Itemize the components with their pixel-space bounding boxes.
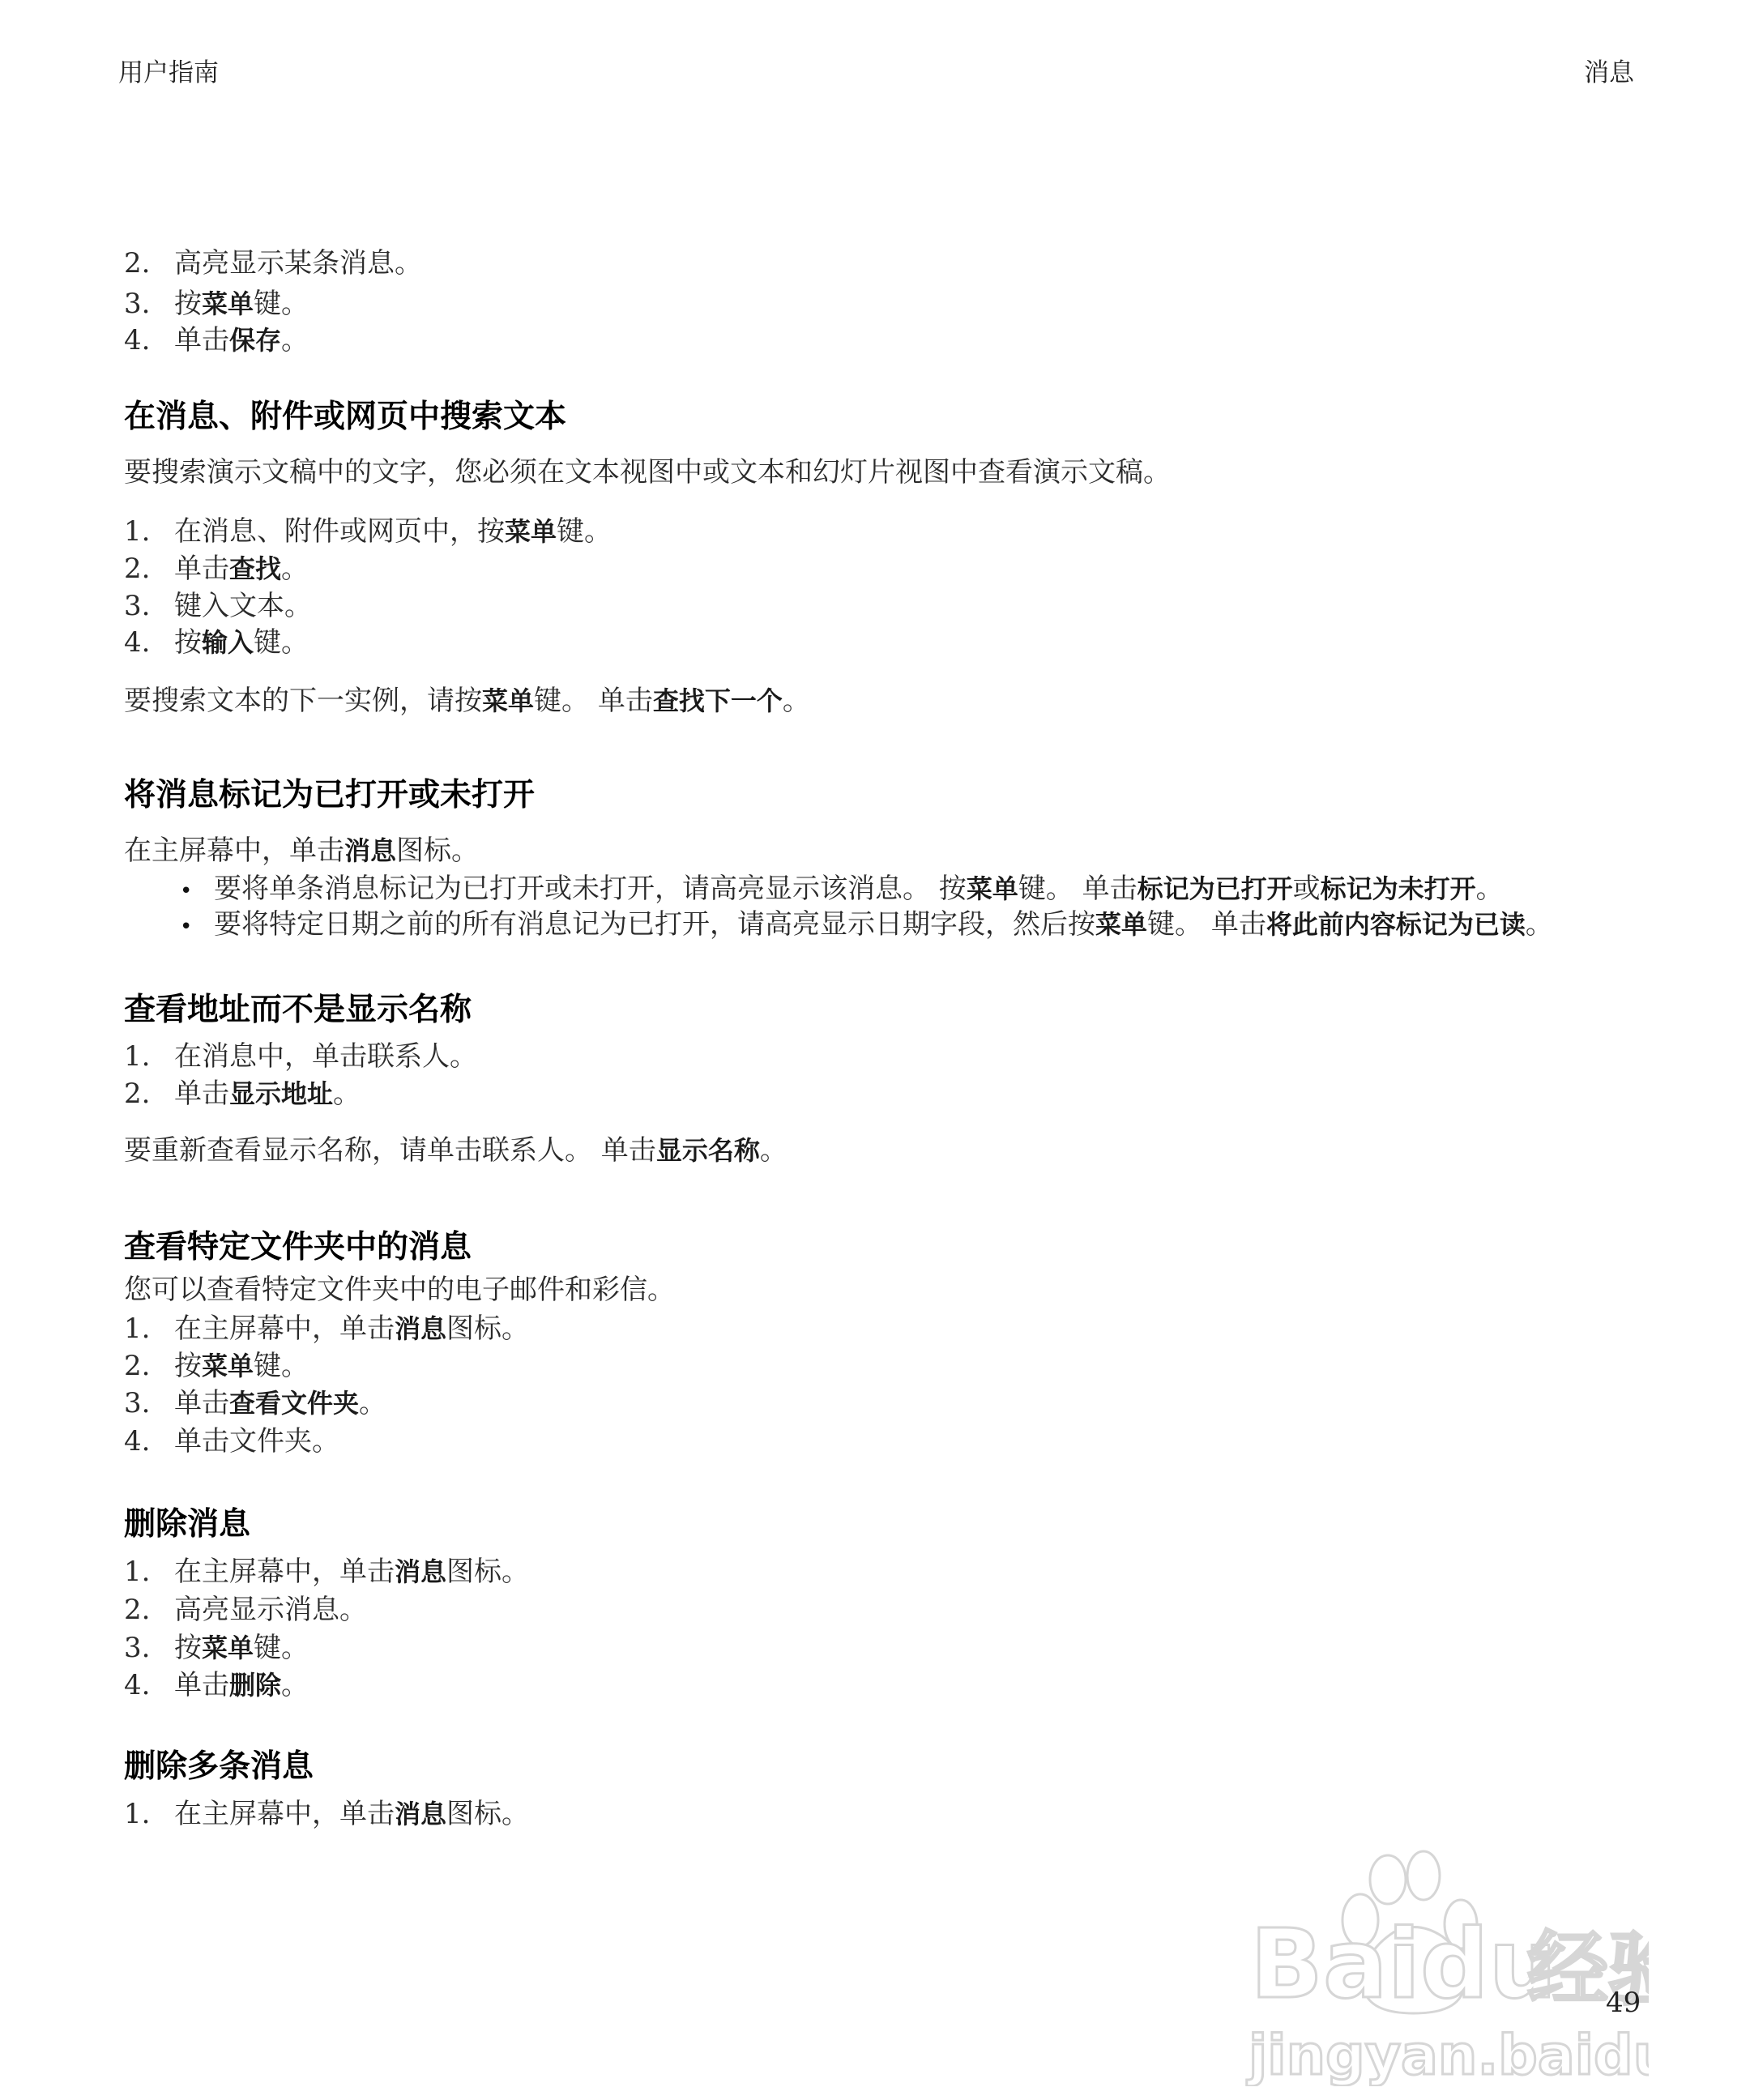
step-number: 1. — [124, 513, 174, 550]
baidu-jingyan-watermark: Baidu 经验 jingyan.baidu.com — [1244, 1843, 1649, 2086]
paw-icon — [1370, 1855, 1406, 1904]
running-header-title: 用户指南 — [118, 57, 219, 89]
step-item: 3.按菜单键。 — [124, 1629, 309, 1667]
step-item: 1.在消息、附件或网页中，按菜单键。 — [124, 513, 612, 550]
bullet-item: •要将单条消息标记为已打开或未打开，请高亮显示该消息。 按菜单键。 单击标记为已… — [180, 870, 1504, 907]
section-intro: 您可以查看特定文件夹中的电子邮件和彩信。 — [124, 1271, 675, 1308]
step-number: 3. — [124, 1385, 174, 1422]
ui-term: 将此前内容标记为已读 — [1266, 909, 1526, 940]
ui-term: 菜单 — [482, 685, 534, 716]
step-item: 2.单击查找。 — [124, 550, 309, 587]
section-note: 要搜索文本的下一实例，请按菜单键。 单击查找下一个。 — [124, 682, 810, 719]
step-item: 2.高亮显示消息。 — [124, 1591, 367, 1628]
section-heading-delete-message: 删除消息 — [124, 1504, 250, 1546]
bullet-icon: • — [180, 908, 214, 945]
section-intro: 要搜索演示文稿中的文字，您必须在文本视图中或文本和幻灯片视图中查看演示文稿。 — [124, 454, 1171, 491]
section-heading-mark-opened: 将消息标记为已打开或未打开 — [124, 775, 535, 817]
step-item: 3.单击查看文件夹。 — [124, 1385, 386, 1422]
section-heading-view-folder: 查看特定文件夹中的消息 — [124, 1227, 472, 1269]
step-number: 3. — [124, 587, 174, 625]
page-number: 49 — [1606, 1987, 1641, 2019]
ui-term: 显示地址 — [229, 1078, 333, 1109]
step-number: 1. — [124, 1795, 174, 1833]
ui-term: 菜单 — [967, 873, 1018, 904]
step-number: 4. — [124, 1667, 174, 1704]
step-number: 1. — [124, 1038, 174, 1075]
ui-term: 保存 — [229, 325, 281, 356]
step-item: 4.单击删除。 — [124, 1667, 309, 1704]
step-item: 2.单击显示地址。 — [124, 1075, 361, 1112]
step-item: 1.在主屏幕中，单击消息图标。 — [124, 1310, 529, 1347]
ui-term: 消息 — [344, 835, 396, 866]
ui-term: 标记为未打开 — [1321, 873, 1476, 904]
ui-term: 查看文件夹 — [229, 1388, 359, 1419]
step-item: 4.按输入键。 — [124, 624, 309, 661]
ui-term: 查找下一个 — [653, 685, 783, 716]
step-number: 3. — [124, 285, 174, 322]
section-note: 要重新查看显示名称，请单击联系人。 单击显示名称。 — [124, 1132, 787, 1169]
step-item: 4.单击保存。 — [124, 322, 309, 359]
step-number: 4. — [124, 624, 174, 661]
ui-term: 消息 — [395, 1799, 446, 1829]
step-number: 3. — [124, 1629, 174, 1667]
step-item: 1.在主屏幕中，单击消息图标。 — [124, 1553, 529, 1590]
ui-term: 消息 — [395, 1313, 446, 1344]
step-item: 3.键入文本。 — [124, 587, 312, 625]
document-page: 用户指南 消息 2.高亮显示某条消息。 3.按菜单键。 4.单击保存。 在消息、… — [0, 0, 1750, 2100]
ui-term: 菜单 — [505, 516, 557, 547]
step-number: 4. — [124, 1423, 174, 1460]
ui-term: 查找 — [229, 553, 281, 584]
running-header-chapter: 消息 — [1584, 57, 1634, 89]
ui-term: 显示名称 — [656, 1135, 760, 1166]
section-intro: 在主屏幕中，单击消息图标。 — [124, 832, 479, 869]
step-number: 4. — [124, 322, 174, 359]
step-number: 2. — [124, 1075, 174, 1112]
step-item: 2.高亮显示某条消息。 — [124, 245, 422, 282]
svg-text:Baidu: Baidu — [1250, 1908, 1557, 2020]
section-heading-search-text: 在消息、附件或网页中搜索文本 — [124, 396, 566, 438]
step-item: 4.单击文件夹。 — [124, 1423, 339, 1460]
step-number: 2. — [124, 245, 174, 282]
step-item: 1.在主屏幕中，单击消息图标。 — [124, 1795, 529, 1833]
step-number: 1. — [124, 1310, 174, 1347]
ui-term: 菜单 — [202, 1351, 254, 1381]
ui-term: 输入 — [202, 627, 254, 658]
step-item: 2.按菜单键。 — [124, 1347, 309, 1385]
step-number: 2. — [124, 1347, 174, 1385]
section-heading-view-address: 查看地址而不是显示名称 — [124, 989, 472, 1031]
step-number: 1. — [124, 1553, 174, 1590]
ui-term: 消息 — [395, 1556, 446, 1587]
ui-term: 标记为已打开 — [1137, 873, 1293, 904]
step-item: 3.按菜单键。 — [124, 285, 309, 322]
svg-text:jingyan.baidu.com: jingyan.baidu.com — [1246, 2024, 1649, 2086]
ui-term: 菜单 — [202, 1633, 254, 1663]
step-number: 2. — [124, 1591, 174, 1628]
bullet-item: •要将特定日期之前的所有消息记为已打开，请高亮显示日期字段，然后按菜单键。 单击… — [180, 906, 1553, 943]
step-item: 1.在消息中，单击联系人。 — [124, 1038, 477, 1075]
bullet-icon: • — [180, 873, 214, 910]
section-heading-delete-multiple: 删除多条消息 — [124, 1746, 314, 1788]
ui-term: 删除 — [229, 1670, 281, 1701]
ui-term: 菜单 — [1095, 909, 1147, 940]
ui-term: 菜单 — [202, 288, 254, 319]
step-number: 2. — [124, 550, 174, 587]
